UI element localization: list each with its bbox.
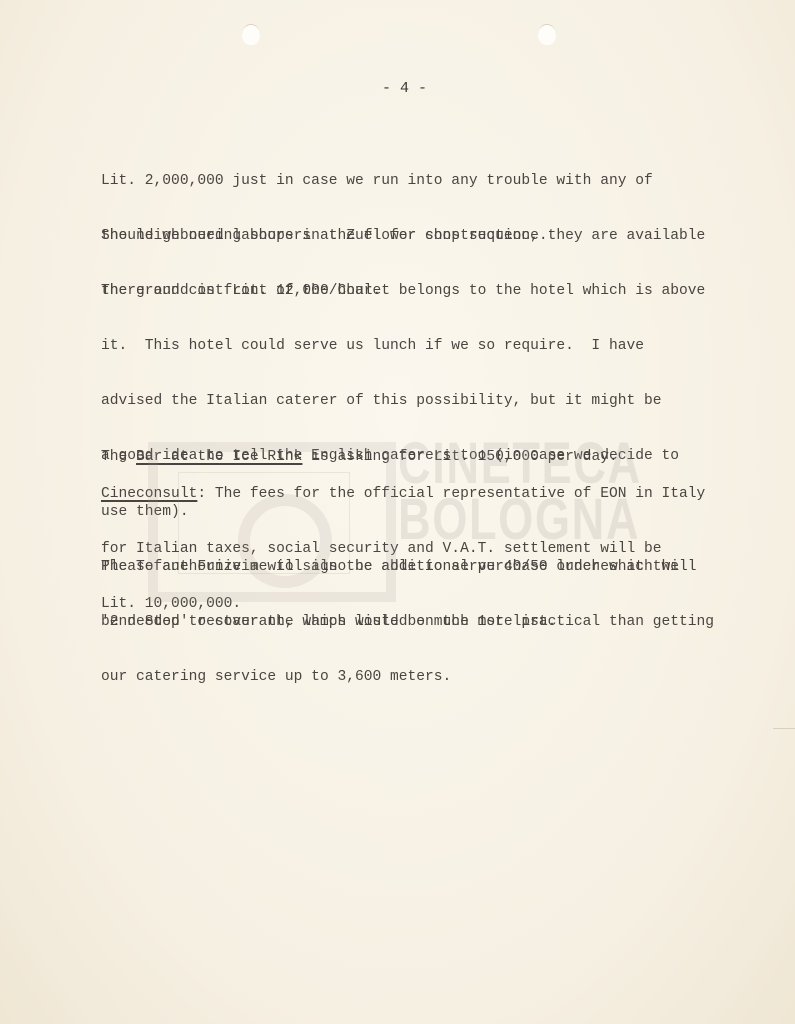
page-number: - 4 - xyxy=(382,80,427,97)
punch-hole-right xyxy=(538,24,556,45)
text-line: Cineconsult: The fees for the official r… xyxy=(101,485,705,503)
underlined-heading: Cineconsult xyxy=(101,486,197,502)
paragraph-authorization: Please authorize me to sign the addition… xyxy=(101,521,697,668)
punch-hole-left xyxy=(242,24,260,45)
text-line: be needed to cover the lamps listed on t… xyxy=(101,613,697,631)
text-line: our catering service up to 3,600 meters. xyxy=(101,668,714,686)
text-line: Should we need labourers at Zuel for con… xyxy=(101,227,705,245)
text-line: it. This hotel could serve us lunch if w… xyxy=(101,337,714,355)
paper-fold-mark xyxy=(773,728,795,729)
text-line: Please authorize me to sign the addition… xyxy=(101,558,697,576)
text-line: Lit. 2,000,000 just in case we run into … xyxy=(101,172,653,190)
text-line: The ground in front of the Chalet belong… xyxy=(101,282,714,300)
document-page: - 4 - Lit. 2,000,000 just in case we run… xyxy=(0,0,795,1024)
text-line: advised the Italian caterer of this poss… xyxy=(101,392,714,410)
